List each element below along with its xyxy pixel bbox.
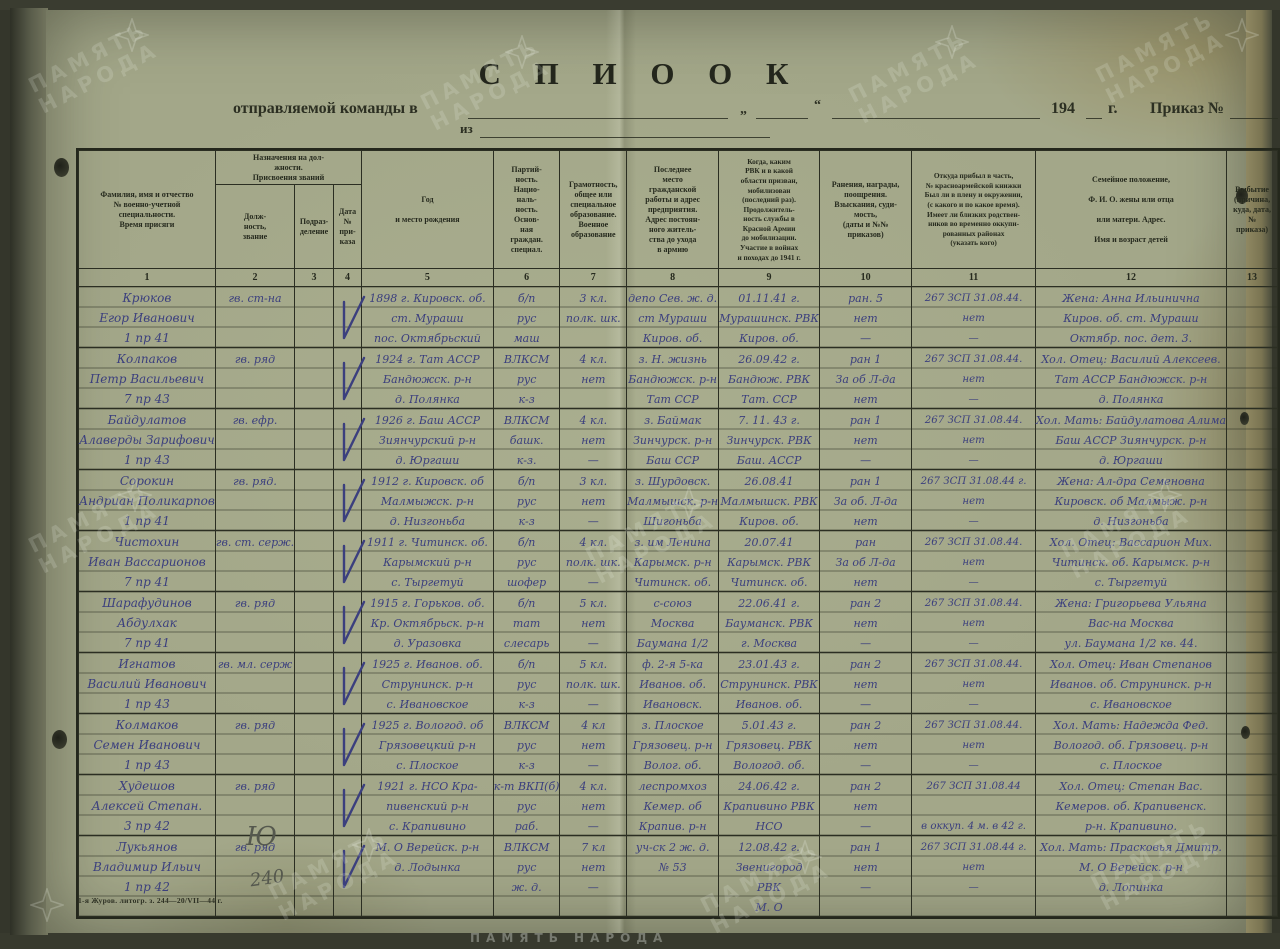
blank-line [1086, 117, 1102, 119]
handwritten-entry: рус [494, 673, 560, 693]
table-row: ИгнатовВасилий Иванович1 пр 43гв. мл. се… [79, 653, 1278, 714]
cell-r3-c4 [333, 409, 361, 470]
handwritten-entry: 1 пр 43 [79, 449, 215, 469]
handwritten-entry: ВЛКСМ [494, 348, 560, 368]
handwritten-entry: 1 пр 41 [79, 510, 215, 530]
handwritten-entry: Мурашинск. РВК [719, 307, 819, 327]
handwritten-entry: РВК [719, 876, 819, 896]
cell-r4-c6: б/пруск-з [493, 470, 560, 531]
cell-r1-c1: КрюковЕгор Иванович1 пр 41 [79, 287, 216, 348]
subtitle-text: отправляемой команды в [233, 100, 418, 118]
handwritten-entry: Киров. об. [627, 327, 718, 347]
handwritten-entry: гв. мл. серж [216, 653, 294, 673]
cell-r1-c13 [1227, 287, 1278, 348]
cell-r5-c6: б/прусшофер [493, 531, 560, 592]
cell-r5-c4 [333, 531, 361, 592]
cell-r10-c8: уч-ск 2 ж. д.№ 53 [627, 836, 719, 917]
cell-r4-c10: ран 1За об. Л-данет [819, 470, 911, 531]
handwritten-entry: Малмышск. р-н [627, 490, 718, 510]
handwritten-entry: Струнинск. р-н [362, 673, 493, 693]
handwritten-entry: — [820, 449, 911, 469]
handwritten-entry: нет [912, 673, 1035, 693]
cell-r4-c9: 26.08.41Малмышск. РВККиров. об. [719, 470, 820, 531]
handwritten-entry: НСО [719, 815, 819, 835]
handwritten-entry: Абдулхак [79, 612, 215, 632]
handwritten-entry: рус [494, 734, 560, 754]
cell-r7-c12: Хол. Отец: Иван СтепановИванов. об. Стру… [1035, 653, 1226, 714]
cell-r10-c12: Хол. Мать: Прасковья Дмитр.М. О Верейск.… [1035, 836, 1226, 917]
handwritten-entry: б/п [494, 531, 560, 551]
handwritten-entry: к-з [494, 388, 560, 408]
cell-r8-c7: 4 клнет— [560, 714, 627, 775]
handwritten-entry: гв. ефр. [216, 409, 294, 429]
handwritten-entry: к-з [494, 510, 560, 530]
handwritten-entry: Худешов [79, 775, 215, 795]
cell-r4-c8: з. Шурдовск.Малмышск. р-нШигоньба [627, 470, 719, 531]
column-header-13: Выбытие (причина, куда, дата, № приказа) [1227, 151, 1278, 269]
handwritten-entry: Зинчурск. р-н [627, 429, 718, 449]
handwritten-entry: — [912, 632, 1035, 652]
column-header-12: Семейное положение, Ф. И. О. жены или от… [1035, 151, 1226, 269]
handwritten-entry: Кировск. об Малмыж. р-н [1036, 490, 1226, 510]
handwritten-entry: 1921 г. НСО Кра- [362, 775, 493, 795]
order-number-label: Приказ № [1150, 100, 1224, 118]
check-mark [336, 352, 368, 404]
handwritten-entry: д. Лопинка [1036, 876, 1226, 896]
handwritten-entry: з. Плоское [627, 714, 718, 734]
cell-r4-c4 [333, 470, 361, 531]
from-label: из [460, 121, 473, 137]
handwritten-entry: Лукьянов [79, 836, 215, 856]
column-header-3: Подраз- деление [295, 185, 334, 269]
handwritten-entry: з. Н. жизнь [627, 348, 718, 368]
cell-r1-c4 [333, 287, 361, 348]
handwritten-entry: 7 пр 41 [79, 571, 215, 591]
cell-r6-c7: 5 кл.нет— [560, 592, 627, 653]
handwritten-entry: нет [820, 856, 911, 876]
handwritten-entry: Вологод. об. [719, 754, 819, 774]
cell-r8-c5: 1925 г. Вологод. обГрязовецкий р-нс. Пло… [362, 714, 494, 775]
handwritten-entry: 1925 г. Иванов. об. [362, 653, 493, 673]
handwritten-entry: нет [912, 856, 1035, 876]
handwritten-entry: ран 1 [820, 470, 911, 490]
cell-r9-c5: 1921 г. НСО Кра-пивенский р-нс. Крапивин… [362, 775, 494, 836]
cell-r7-c5: 1925 г. Иванов. об.Струнинск. р-нс. Иван… [362, 653, 494, 714]
handwritten-entry: За об Л-да [820, 368, 911, 388]
column-number: 7 [560, 269, 627, 287]
handwritten-entry: полк. шк. [560, 307, 626, 327]
check-mark [336, 718, 368, 770]
handwritten-entry: с-союз [627, 592, 718, 612]
handwritten-entry: Колпаков [79, 348, 215, 368]
handwritten-entry: нет [912, 368, 1035, 388]
handwritten-entry: д. Юргаши [1036, 449, 1226, 469]
handwritten-entry: 267 ЗСП 31.08.44. [912, 531, 1035, 551]
cell-r2-c3 [295, 348, 334, 409]
handwritten-entry: к-з [494, 693, 560, 713]
cell-r5-c10: ранЗа об Л-данет [819, 531, 911, 592]
handwritten-entry: пивенский р-н [362, 795, 493, 815]
handwritten-entry: с. Крапивино [362, 815, 493, 835]
check-mark [336, 779, 368, 831]
cell-r3-c3 [295, 409, 334, 470]
cell-r7-c8: ф. 2-я 5-каИванов. об.Ивановск. [627, 653, 719, 714]
cell-r6-c3 [295, 592, 334, 653]
handwritten-entry: Грязовецкий р-н [362, 734, 493, 754]
handwritten-entry: Иванов. об. [627, 673, 718, 693]
handwritten-entry: За об. Л-да [820, 490, 911, 510]
handwritten-entry: Тат. ССР [719, 388, 819, 408]
year-text: 194 [1051, 100, 1075, 118]
handwritten-entry: Жена: Анна Ильинична [1036, 287, 1226, 307]
handwritten-entry: уч-ск 2 ж. д. [627, 836, 718, 856]
cell-r1-c7: 3 кл.полк. шк. [560, 287, 627, 348]
cell-r2-c10: ран 1За об Л-данет [819, 348, 911, 409]
table-row: КрюковЕгор Иванович1 пр 41гв. ст-на1898 … [79, 287, 1278, 348]
handwritten-entry: Бауманск. РВК [719, 612, 819, 632]
handwritten-entry: ВЛКСМ [494, 714, 560, 734]
column-header-10: Ранения, награды, поощрения. Взыскания, … [819, 151, 911, 269]
cell-r8-c13 [1227, 714, 1278, 775]
cell-r5-c1: ЧистохинИван Вассарионов7 пр 41 [79, 531, 216, 592]
table-row: КолмаковСемен Иванович1 пр 43гв. ряд1925… [79, 714, 1278, 775]
cell-r10-c7: 7 клнет— [560, 836, 627, 917]
cell-r5-c5: 1911 г. Читинск. об.Карымский р-нс. Тырг… [362, 531, 494, 592]
handwritten-entry: д. Юргаши [362, 449, 493, 469]
handwritten-entry: рус [494, 490, 560, 510]
handwritten-entry: б/п [494, 470, 560, 490]
handwritten-entry: 1915 г. Горьков. об. [362, 592, 493, 612]
handwritten-entry: Вологод. об. Грязовец. р-н [1036, 734, 1226, 754]
column-number: 9 [719, 269, 820, 287]
handwritten-entry: нет [820, 429, 911, 449]
handwritten-entry: ран 1 [820, 348, 911, 368]
handwritten-entry: гв. ряд [216, 592, 294, 612]
cell-r3-c8: з. БаймакЗинчурск. р-нБаш ССР [627, 409, 719, 470]
handwritten-entry: нет [820, 510, 911, 530]
handwritten-entry: — [912, 754, 1035, 774]
cell-r2-c6: ВЛКСМруск-з [493, 348, 560, 409]
cell-r4-c12: Жена: Ал-дра СеменовнаКировск. об Малмыж… [1035, 470, 1226, 531]
cell-r6-c6: б/птатслесарь [493, 592, 560, 653]
blank-line [756, 117, 808, 119]
handwritten-entry: нет [560, 490, 626, 510]
cell-r3-c5: 1926 г. Баш АССРЗиянчурский р-нд. Юргаши [362, 409, 494, 470]
handwritten-entry: рус [494, 368, 560, 388]
handwritten-entry: Зиянчурский р-н [362, 429, 493, 449]
handwritten-entry: д. Полянка [362, 388, 493, 408]
cell-r5-c13 [1227, 531, 1278, 592]
handwritten-entry: Зинчурск. РВК [719, 429, 819, 449]
handwritten-entry: Бандюжск. р-н [627, 368, 718, 388]
handwritten-entry: ВЛКСМ [494, 836, 560, 856]
roster-table: Фамилия, имя и отчество № военно-учетной… [76, 148, 1280, 919]
cell-r2-c2: гв. ряд [215, 348, 294, 409]
handwritten-entry: пос. Октябрьский [362, 327, 493, 347]
handwritten-entry: 4 кл. [560, 775, 626, 795]
handwritten-entry: 267 ЗСП 31.08.44 [912, 775, 1035, 795]
column-number: 8 [627, 269, 719, 287]
handwritten-entry: Байдулатов [79, 409, 215, 429]
cell-r6-c12: Жена: Григорьева УльянаВас-на Москваул. … [1035, 592, 1226, 653]
cell-r5-c9: 20.07.41Карымск. РВКЧитинск. об. [719, 531, 820, 592]
handwritten-entry: Шигоньба [627, 510, 718, 530]
cell-r4-c11: 267 ЗСП 31.08.44 г.нет— [912, 470, 1036, 531]
handwritten-entry: 7 пр 43 [79, 388, 215, 408]
handwritten-entry: — [820, 632, 911, 652]
cell-r10-c4 [333, 836, 361, 917]
handwritten-entry: Алексей Степан. [79, 795, 215, 815]
handwritten-entry: гв. ст-на [216, 287, 294, 307]
handwritten-entry: Киров. об. [719, 510, 819, 530]
handwritten-entry: Грязовец. р-н [627, 734, 718, 754]
handwritten-entry: Иванов. об. [719, 693, 819, 713]
cell-r3-c7: 4 кл.нет— [560, 409, 627, 470]
handwritten-entry: Киров. об. [719, 327, 819, 347]
handwritten-entry: Крапив. р-н [627, 815, 718, 835]
handwritten-entry: Хол. Мать: Надежда Фед. [1036, 714, 1226, 734]
handwritten-entry: полк. шк. [560, 551, 626, 571]
handwritten-entry: 267 ЗСП 31.08.44. [912, 714, 1035, 734]
cell-r4-c3 [295, 470, 334, 531]
column-header-9: Когда, каким РВК и в какой области призв… [719, 151, 820, 269]
cell-r2-c11: 267 ЗСП 31.08.44.нет— [912, 348, 1036, 409]
handwritten-entry: д. Уразовка [362, 632, 493, 652]
handwritten-entry: — [560, 693, 626, 713]
handwritten-entry: 22.06.41 г. [719, 592, 819, 612]
cell-r7-c2: гв. мл. серж [215, 653, 294, 714]
handwritten-entry: б/п [494, 653, 560, 673]
cell-r7-c11: 267 ЗСП 31.08.44.нет— [912, 653, 1036, 714]
cell-r6-c8: с-союзМоскваБаумана 1/2 [627, 592, 719, 653]
cell-r7-c4 [333, 653, 361, 714]
handwritten-entry: Тат ССР [627, 388, 718, 408]
handwritten-entry: слесарь [494, 632, 560, 652]
cell-r1-c12: Жена: Анна ИльиничнаКиров. об. ст. Мураш… [1035, 287, 1226, 348]
cell-r5-c8: з. им ЛенинаКарымск. р-нЧитинск. об. [627, 531, 719, 592]
handwritten-entry: гв. ряд [216, 348, 294, 368]
handwritten-entry: 267 ЗСП 31.08.44. [912, 287, 1035, 307]
handwritten-entry: 1 пр 43 [79, 754, 215, 774]
handwritten-entry: ран 2 [820, 592, 911, 612]
blank-line [480, 136, 770, 138]
handwritten-entry: с. Плоское [362, 754, 493, 774]
year-suffix: г. [1108, 100, 1117, 118]
handwritten-entry: с. Плоское [1036, 754, 1226, 774]
cell-r3-c1: БайдулатовАлаверды Зарифович1 пр 43 [79, 409, 216, 470]
print-imprint: 1-я Журов. литогр. з. 244—20/VII—44 г. [78, 896, 223, 905]
handwritten-entry: ф. 2-я 5-ка [627, 653, 718, 673]
handwritten-entry: рус [494, 795, 560, 815]
cell-r7-c9: 23.01.43 г.Струнинск. РВКИванов. об. [719, 653, 820, 714]
handwritten-entry: Кемер. об [627, 795, 718, 815]
cell-r6-c4 [333, 592, 361, 653]
check-mark [336, 474, 368, 526]
handwritten-entry: к-т ВКП(б) [494, 775, 560, 795]
handwritten-entry: г. Москва [719, 632, 819, 652]
table-row: ЧистохинИван Вассарионов7 пр 41гв. ст. с… [79, 531, 1278, 592]
cell-r8-c6: ВЛКСМруск-з [493, 714, 560, 775]
cell-r8-c10: ран 2нет— [819, 714, 911, 775]
handwritten-entry: 4 кл. [560, 409, 626, 429]
blank-line [468, 117, 728, 119]
handwritten-entry: 5 кл. [560, 592, 626, 612]
handwritten-entry: ж. д. [494, 876, 560, 896]
cell-r8-c8: з. ПлоскоеГрязовец. р-нВолог. об. [627, 714, 719, 775]
handwritten-entry: Читинск. об. Карымск. р-н [1036, 551, 1226, 571]
handwritten-entry: 7. 11. 43 г. [719, 409, 819, 429]
handwritten-entry: 12.08.42 г. [719, 836, 819, 856]
handwritten-entry: Малмышск. РВК [719, 490, 819, 510]
cell-r9-c7: 4 кл.нет— [560, 775, 627, 836]
column-number: 2 [215, 269, 294, 287]
handwritten-entry: — [912, 693, 1035, 713]
handwritten-entry: — [912, 449, 1035, 469]
handwritten-entry: — [560, 632, 626, 652]
column-group-header: Назначения на дол- жности. Присвоения зв… [215, 151, 361, 185]
handwritten-entry: — [912, 510, 1035, 530]
handwritten-entry: Карымск. РВК [719, 551, 819, 571]
cell-r2-c8: з. Н. жизньБандюжск. р-нТат ССР [627, 348, 719, 409]
handwritten-entry: башк. [494, 429, 560, 449]
handwritten-entry: — [560, 754, 626, 774]
handwritten-entry: с. Ивановское [1036, 693, 1226, 713]
handwritten-entry: Карымский р-н [362, 551, 493, 571]
cell-r3-c13 [1227, 409, 1278, 470]
check-mark [336, 413, 368, 465]
handwritten-entry: Октябр. пос. дет. 3. [1036, 327, 1226, 347]
handwritten-entry: 26.09.42 г. [719, 348, 819, 368]
handwritten-entry: Хол. Мать: Прасковья Дмитр. [1036, 836, 1226, 856]
handwritten-entry: ран 2 [820, 653, 911, 673]
handwritten-entry: Вас-на Москва [1036, 612, 1226, 632]
handwritten-entry: б/п [494, 287, 560, 307]
cell-r5-c7: 4 кл.полк. шк.— [560, 531, 627, 592]
handwritten-entry: с. Ивановское [362, 693, 493, 713]
handwritten-entry: 4 кл [560, 714, 626, 734]
handwritten-entry: гв. ряд. [216, 470, 294, 490]
handwritten-entry: Читинск. об. [627, 571, 718, 591]
handwritten-entry: 1 пр 41 [79, 327, 215, 347]
quote-close-mark: “ [814, 98, 821, 114]
cell-r4-c13 [1227, 470, 1278, 531]
handwritten-entry: Чистохин [79, 531, 215, 551]
handwritten-entry: 1926 г. Баш АССР [362, 409, 493, 429]
cell-r10-c5: М. О Верейск. р-нд. Лодынка [362, 836, 494, 917]
handwritten-entry: Андриан Поликарпов [79, 490, 215, 510]
handwritten-entry [912, 795, 1035, 815]
handwritten-entry: — [820, 327, 911, 347]
handwritten-entry: нет [820, 571, 911, 591]
column-header-7: Грамотность, общее или специальное образ… [560, 151, 627, 269]
handwritten-entry: гв. ряд [216, 775, 294, 795]
punch-hole [54, 158, 69, 177]
handwritten-entry: нет [912, 429, 1035, 449]
column-header-11: Откуда прибыл в часть, № красноармейской… [912, 151, 1036, 269]
handwritten-entry: Бандюжск. р-н [362, 368, 493, 388]
cell-r6-c13 [1227, 592, 1278, 653]
handwritten-entry: Иван Вассарионов [79, 551, 215, 571]
column-header-6: Партий- ность. Нацио- наль- ность. Основ… [493, 151, 560, 269]
handwritten-entry: 1912 г. Кировск. об [362, 470, 493, 490]
handwritten-entry: — [560, 815, 626, 835]
cell-r6-c2: гв. ряд [215, 592, 294, 653]
handwritten-entry: Баумана 1/2 [627, 632, 718, 652]
cell-r4-c7: 3 кл.нет— [560, 470, 627, 531]
handwritten-entry: Волог. об. [627, 754, 718, 774]
handwritten-entry: ран 1 [820, 836, 911, 856]
cell-r3-c10: ран 1нет— [819, 409, 911, 470]
blank-line [832, 117, 1040, 119]
cell-r2-c7: 4 кл.нет [560, 348, 627, 409]
handwritten-entry: 267 ЗСП 31.08.44. [912, 653, 1035, 673]
column-number: 3 [295, 269, 334, 287]
cell-r9-c9: 24.06.42 г.Крапивино РВКНСО [719, 775, 820, 836]
cell-r1-c9: 01.11.41 г.Мурашинск. РВККиров. об. [719, 287, 820, 348]
handwritten-entry: Хол. Отец: Иван Степанов [1036, 653, 1226, 673]
handwritten-entry: нет [912, 734, 1035, 754]
cell-r9-c1: ХудешовАлексей Степан.3 пр 42 [79, 775, 216, 836]
handwritten-entry: Егор Иванович [79, 307, 215, 327]
handwritten-entry: ран 2 [820, 714, 911, 734]
blank-line [1230, 117, 1278, 119]
handwritten-entry: 26.08.41 [719, 470, 819, 490]
handwritten-entry: Сорокин [79, 470, 215, 490]
column-header-5: Год и место рождения [362, 151, 494, 269]
cell-r1-c3 [295, 287, 334, 348]
column-number: 12 [1035, 269, 1226, 287]
cell-r8-c3 [295, 714, 334, 775]
handwritten-entry: з. Баймак [627, 409, 718, 429]
check-mark [336, 535, 368, 587]
table-row: КолпаковПетр Васильевич7 пр 43гв. ряд192… [79, 348, 1278, 409]
handwritten-entry: Читинск. об. [719, 571, 819, 591]
cell-r3-c6: ВЛКСМбашк.к-з. [493, 409, 560, 470]
handwritten-entry: с. Тыргетуй [362, 571, 493, 591]
cell-r1-c6: б/прусмаш [493, 287, 560, 348]
scan-edge-top [0, 0, 1280, 10]
handwritten-entry: Петр Васильевич [79, 368, 215, 388]
cell-r10-c13 [1227, 836, 1278, 917]
handwritten-entry: маш [494, 327, 560, 347]
handwritten-entry: нет [560, 368, 626, 388]
handwritten-entry: Москва [627, 612, 718, 632]
handwritten-entry: 24.06.42 г. [719, 775, 819, 795]
cell-r10-c3 [295, 836, 334, 917]
handwritten-entry: 1911 г. Читинск. об. [362, 531, 493, 551]
handwritten-entry: Хол. Отец: Степан Вас. [1036, 775, 1226, 795]
handwritten-entry: ст Мураши [627, 307, 718, 327]
handwritten-entry: раб. [494, 815, 560, 835]
handwritten-entry: ран 2 [820, 775, 911, 795]
handwritten-entry: гв. ст. серж. [216, 531, 294, 551]
handwritten-entry: Баш ССР [627, 449, 718, 469]
handwritten-entry: — [912, 327, 1035, 347]
cell-r9-c6: к-т ВКП(б)русраб. [493, 775, 560, 836]
handwritten-entry: Крапивино РВК [719, 795, 819, 815]
column-header-1: Фамилия, имя и отчество № военно-учетной… [79, 151, 216, 269]
handwritten-entry: ВЛКСМ [494, 409, 560, 429]
cell-r2-c13 [1227, 348, 1278, 409]
cell-r3-c12: Хол. Мать: Байдулатова АлимаБаш АССР Зия… [1035, 409, 1226, 470]
handwritten-entry: Кр. Октябрьск. р-н [362, 612, 493, 632]
cell-r3-c9: 7. 11. 43 г.Зинчурск. РВКБаш. АССР [719, 409, 820, 470]
handwritten-entry: Грязовец. РВК [719, 734, 819, 754]
cell-r9-c11: 267 ЗСП 31.08.44в оккуп. 4 м. в 42 г. [912, 775, 1036, 836]
handwritten-entry: — [560, 510, 626, 530]
handwritten-entry: 23.01.43 г. [719, 653, 819, 673]
column-number: 4 [333, 269, 361, 287]
